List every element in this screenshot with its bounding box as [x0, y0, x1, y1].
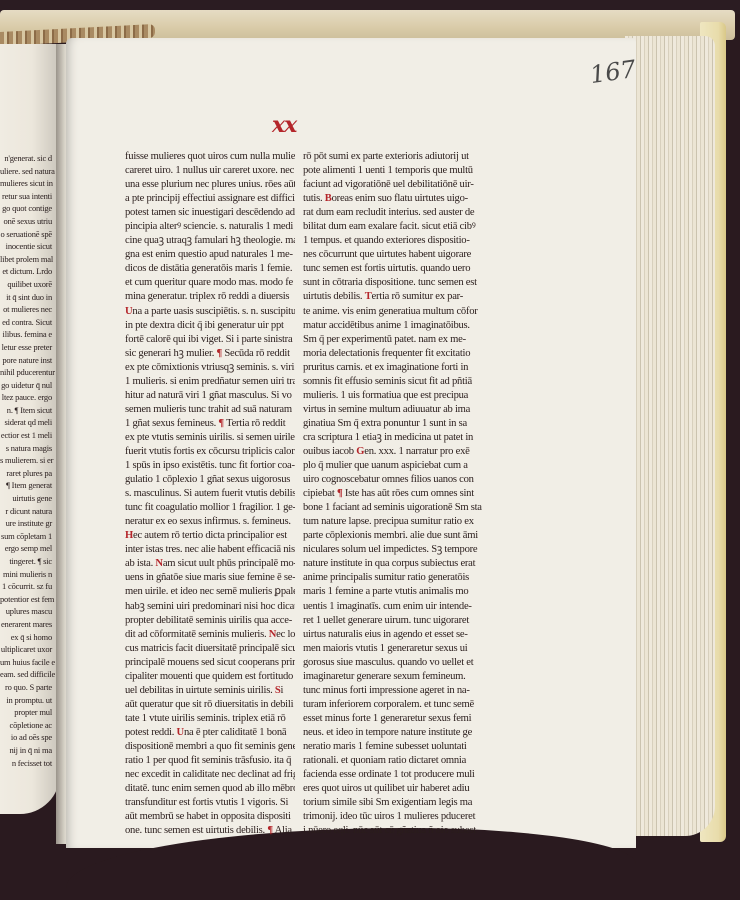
text-line: uirtus naturalis eius in agendo et esset…: [303, 628, 483, 642]
text-line: rationali. et quoniam ratio dictaret omn…: [303, 754, 483, 768]
text-line: fuisse mulieres quot uiros cum nulla mul…: [125, 150, 295, 164]
text-line: potentior est fem: [0, 593, 52, 606]
text-line: pruritus carnis. et ex imaginatione fort…: [303, 361, 483, 375]
text-line: potest reddi. Una ē pter caliditatē 1 bo…: [125, 726, 295, 740]
rubricated-initial: U: [177, 727, 184, 738]
text-line: ltez pauce. ergo: [0, 391, 52, 404]
text-line: men maioris vtutis 1 generaretur sexus u…: [303, 642, 483, 656]
text-line: rō pōt sumi ex parte exterioris adiutori…: [303, 150, 483, 164]
text-line: nij in q̄ ni ma: [0, 744, 52, 757]
text-line: ectior est 1 meli: [0, 429, 52, 442]
text-line: ratio 1 per quod fit seminis trāsfusio. …: [125, 754, 295, 768]
text-line: gorosus siue masculus. quando vo uellet …: [303, 656, 483, 670]
text-line: aūt membrū se habet in opposita disposit…: [125, 810, 295, 824]
text-line: onē sexus utriu: [0, 215, 52, 228]
text-line: men uirile. et ideo nec semē mulieris ꝑp…: [125, 585, 295, 599]
text-line: fuerit vtutis fortis ex cōcursu triplici…: [125, 445, 295, 459]
text-line: uel debilitas in uirtute seminis uirilis…: [125, 684, 295, 698]
text-line: fortē calorē qui ibi viget. Si i parte s…: [125, 333, 295, 347]
text-line: ex pte vtutis seminis uirilis. si semen …: [125, 431, 295, 445]
text-line: go uidetur q̄ nul: [0, 379, 52, 392]
page-fore-edge: [625, 36, 715, 836]
text-line: moria delectationis frequenter fit excit…: [303, 347, 483, 361]
text-line: ab ista. Nam sicut uult phūs principalē …: [125, 557, 295, 571]
text-line: tunc semen est fortis uirtutis. quando u…: [303, 262, 483, 276]
rubricated-initial: ¶: [218, 418, 223, 429]
rubricated-initial: S: [275, 685, 281, 696]
rubricated-initial: U: [125, 306, 132, 317]
text-line: siderat qd meli: [0, 416, 52, 429]
text-line: dicos de distātia generatōis maris 1 fem…: [125, 262, 295, 276]
text-line: uirtutis debilis. Tertia rō sumitur ex p…: [303, 290, 483, 304]
text-line: uirtutis gene: [0, 492, 52, 505]
text-line: hitur ad naturā viri 1 gñat masculus. Si…: [125, 389, 295, 403]
text-line: ed contra. Sicut: [0, 316, 52, 329]
text-line: ro quo. S parte: [0, 681, 52, 694]
text-line: tutis. Boreas enim suo flatu uirtutes ui…: [303, 192, 483, 206]
text-line: anime principalis sumitur ratio generatō…: [303, 571, 483, 585]
text-line: parte cōplexionis membri. alie due sunt …: [303, 529, 483, 543]
text-line: cra scriptura 1 etiaꝫ in medicina ut pat…: [303, 431, 483, 445]
text-line: somnis fit effusio seminis sicut fit ad …: [303, 375, 483, 389]
text-line: 1 tempus. et quando exteriores dispositi…: [303, 234, 483, 248]
text-line: a pte principij effectiui assignare est …: [125, 192, 295, 206]
text-line: cōpletione ac: [0, 719, 52, 732]
text-line: aūt queratur que sit rō diuersitatis in …: [125, 698, 295, 712]
text-line: nec excedit in caliditate nec declinat a…: [125, 768, 295, 782]
text-line: s mulierem. si er: [0, 454, 52, 467]
text-line: mina generatur. triplex rō reddi a diuer…: [125, 290, 295, 304]
text-line: tate 1 vtute uirilis seminis. triplex et…: [125, 712, 295, 726]
text-line: r dicunt natura: [0, 505, 52, 518]
text-line: 1 cōcurrit. sz fu: [0, 580, 52, 593]
text-line: one. tunc semen est uirtutis debilis. ¶ …: [125, 824, 295, 838]
text-line: pore nature inst: [0, 354, 52, 367]
text-line: s natura magis: [0, 442, 52, 455]
text-line: o seruationē spē: [0, 228, 52, 241]
text-line: n fecisset tot: [0, 757, 52, 770]
text-line: ultiplicaret uxor: [0, 643, 52, 656]
running-head: xx: [272, 112, 296, 138]
text-line: mini mulieris n: [0, 568, 52, 581]
text-line: pote alimenti 1 uenti 1 temporis que mul…: [303, 164, 483, 178]
text-line: faciunt ad vigoratiōnē uel debilitatiōnē…: [303, 178, 483, 192]
text-line: cus matricis facit diuersitatē principal…: [125, 642, 295, 656]
text-line: nature institute in qua corpus subiectus…: [303, 557, 483, 571]
text-line: n. ¶ Item sicut: [0, 404, 52, 417]
text-line: uiro cognoscebatur omnes filios uanos co…: [303, 473, 483, 487]
text-line: plo q̄ mulier que uanum aspiciebat cum a: [303, 459, 483, 473]
text-line: dit ad cōformitatē seminis mulieris. Nec…: [125, 628, 295, 642]
text-line: Sm q̄ per experimentū patet. nam ex me-: [303, 333, 483, 347]
text-line: bone 1 faciant ad seminis uigorationē Sm…: [303, 501, 483, 515]
text-line: ex q̄ si homo: [0, 631, 52, 644]
text-line: it q̄ sint duo in: [0, 291, 52, 304]
text-line: libet prolem mal: [0, 253, 52, 266]
text-line: sunt in cōtraria dispositione. tunc seme…: [303, 276, 483, 290]
text-line: ¶ Item generat: [0, 479, 52, 492]
text-line: tum nature lapse. precipua sumitur ratio…: [303, 515, 483, 529]
text-line: et cum queritur quare modo mas. modo fe: [125, 276, 295, 290]
text-line: neus. et ideo in tempore nature institut…: [303, 726, 483, 740]
rubricated-initial: H: [125, 530, 133, 541]
text-line: ret 1 uellet generare uirum. tunc uigora…: [303, 614, 483, 628]
rubricated-initial: ¶: [337, 488, 342, 499]
text-line: gulatio 1 cōplexio 1 gñat sexus uigorosu…: [125, 473, 295, 487]
text-line: careret uiro. 1 nullus uir careret uxore…: [125, 164, 295, 178]
text-line: raret plures pa: [0, 467, 52, 480]
text-line: cipiebat ¶ Iste has aūt rōes cum omnes s…: [303, 487, 483, 501]
text-line: semen mulieris tunc trahit ad suā natura…: [125, 403, 295, 417]
text-line: inocentie sicut: [0, 240, 52, 253]
text-line: principalē mouens sed sicut cooperans pr…: [125, 656, 295, 670]
text-line: habꝫ semini uiri predominari nisi hoc di…: [125, 600, 295, 614]
text-line: tingeret. ¶ sic: [0, 555, 52, 568]
left-page-text: n'generat. sic duliere. sed naturamulier…: [0, 152, 52, 769]
text-line: retur sua intenti: [0, 190, 52, 203]
text-line: Una a parte uasis suscipiētis. s. n. sus…: [125, 305, 295, 319]
text-line: go quot contige: [0, 202, 52, 215]
text-line: facienda esse ordinate 1 tot producere m…: [303, 768, 483, 782]
text-line: imaginaretur generare sexum femineum.: [303, 670, 483, 684]
text-line: trimonij. ideo tūc uiros 1 mulieres pduc…: [303, 810, 483, 824]
text-line: n'generat. sic d: [0, 152, 52, 165]
text-line: esset minus forte 1 generaretur sexus fe…: [303, 712, 483, 726]
text-line: mulieris. 1 uis formatiua que est precip…: [303, 389, 483, 403]
text-line: matur accidētibus anime 1 imaginatōibus.: [303, 319, 483, 333]
rubricated-initial: ¶: [217, 348, 222, 359]
text-line: pincipia alterꝰ sciencie. s. naturalis 1…: [125, 220, 295, 234]
rubricated-initial: G: [356, 446, 364, 457]
left-page: n'generat. sic duliere. sed naturamulier…: [0, 44, 60, 814]
text-line: torium simile sibi Sm exigentiam legis m…: [303, 796, 483, 810]
text-line: tunc fit coagulatio mollior 1 fragilior.…: [125, 501, 295, 515]
text-line: ouibus iacob Gen. xxx. 1 narratur pro ex…: [303, 445, 483, 459]
text-line: turam inferiorem corporalem. et tunc sem…: [303, 698, 483, 712]
text-line: gna est enim questio apud naturales 1 me…: [125, 248, 295, 262]
text-line: niculares solum uel impedictes. Sꝫ tempo…: [303, 543, 483, 557]
text-line: um huius facile e: [0, 656, 52, 669]
text-line: te anime. vis enim generatiua multum cōf…: [303, 305, 483, 319]
text-line: uentis 1 imaginatīs. cum enim uir intend…: [303, 600, 483, 614]
text-line: io ad oēs spe: [0, 731, 52, 744]
text-line: maris 1 femine a parte vtutis animalis m…: [303, 585, 483, 599]
text-line: ergo semp mel: [0, 542, 52, 555]
text-line: una esse plurium nec plures unius. rōes …: [125, 178, 295, 192]
text-line: et dictum. Lrdo: [0, 265, 52, 278]
text-line: quilibet uxorē: [0, 278, 52, 291]
text-line: in promptu. ut: [0, 694, 52, 707]
text-line: potest tamen sic inuestigari descēdendo …: [125, 206, 295, 220]
text-line: 1 gñat sexus femineus. ¶ Tertia rō reddi…: [125, 417, 295, 431]
text-column-right: rō pōt sumi ex parte exterioris adiutori…: [303, 150, 483, 838]
text-line: ilibus. femina e: [0, 328, 52, 341]
text-line: uliere. sed natura: [0, 165, 52, 178]
text-line: nes cōcurrunt que uirtutes habent uigora…: [303, 248, 483, 262]
text-line: inter istas tres. nec alie habent effica…: [125, 543, 295, 557]
text-line: sum cōpletam 1: [0, 530, 52, 543]
text-column-left: fuisse mulieres quot uiros cum nulla mul…: [125, 150, 295, 838]
text-line: eam. sed difficile: [0, 668, 52, 681]
rubricated-initial: ¶: [267, 825, 272, 836]
text-line: ditatē. tunc enim semen quod ab illo mēb…: [125, 782, 295, 796]
rubricated-initial: B: [325, 193, 332, 204]
text-line: cine quaꝫ utraqꝫ famulari hꝫ theologie. …: [125, 234, 295, 248]
text-line: tunc minus forti impressione ageret in n…: [303, 684, 483, 698]
text-line: s. masculinus. Si autem fuerit vtutis de…: [125, 487, 295, 501]
text-line: dispositionē membri a quo fit seminis ge…: [125, 740, 295, 754]
text-line: sic generari hꝫ mulier. ¶ Secūda rō redd…: [125, 347, 295, 361]
text-line: bilitat dum eam exalare facit. sicut eti…: [303, 220, 483, 234]
rubricated-initial: N: [269, 629, 276, 640]
text-line: propter mul: [0, 706, 52, 719]
text-line: ot mulieres nec: [0, 303, 52, 316]
text-line: mulieres sicut in: [0, 177, 52, 190]
rubricated-initial: N: [155, 558, 162, 569]
text-line: Hec autem rō tertio dicta principalior e…: [125, 529, 295, 543]
text-line: neratio maris 1 femine subesset uoluntat…: [303, 740, 483, 754]
text-line: ex pte cōmixtionis vtriusqꝫ seminis. s. …: [125, 361, 295, 375]
text-line: cipaliter mouenti que quidem est fortitu…: [125, 670, 295, 684]
text-line: transfunditur est fortis vtutis 1 vigori…: [125, 796, 295, 810]
text-line: ure institute gr: [0, 517, 52, 530]
text-line: in pte dextra dicit q̄ ibi generatur uir…: [125, 319, 295, 333]
text-line: letur esse preter: [0, 341, 52, 354]
text-line: 1 spūs in ipso existētis. tunc fit forti…: [125, 459, 295, 473]
text-line: eres quot uiros ut quilibet uir haberet …: [303, 782, 483, 796]
text-line: 1 mulieris. si enim predñatur semen uiri…: [125, 375, 295, 389]
text-line: rat dum eam recludit interius. sed auste…: [303, 206, 483, 220]
text-line: i nūero eqli. nūc aūt cū gñatiua ñ oio s…: [303, 824, 483, 838]
rubricated-initial: T: [365, 291, 372, 302]
text-line: nihil pducerentur: [0, 366, 52, 379]
text-line: uplures mascu: [0, 605, 52, 618]
text-line: propter debilitatē seminis uirilis qua a…: [125, 614, 295, 628]
text-line: virtus in semine multum adiuuatur ab ima: [303, 403, 483, 417]
text-line: neratur ex eo sexus infirmus. s. femineu…: [125, 515, 295, 529]
text-line: uens in gñatōe siue maris siue femine ē …: [125, 571, 295, 585]
text-line: enerarent mares: [0, 618, 52, 631]
text-line: ginatiua Sm q̄ extra ponuntur 1 sunt in …: [303, 417, 483, 431]
